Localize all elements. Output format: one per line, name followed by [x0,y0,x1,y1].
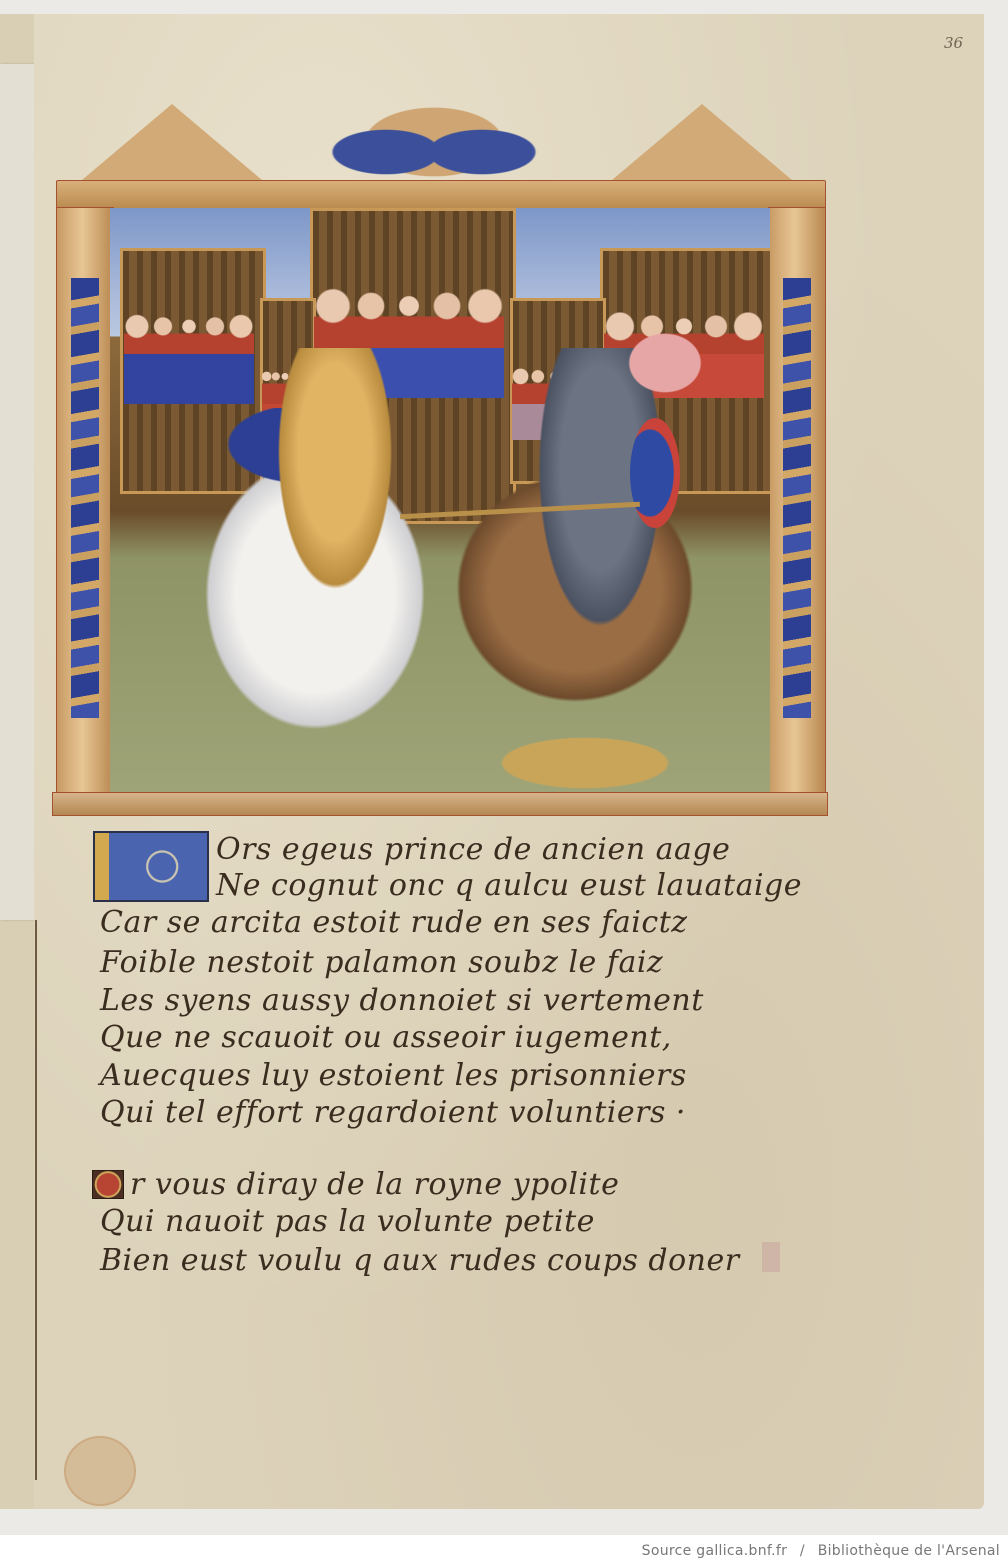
library-name: Bibliothèque de l'Arsenal [818,1543,1000,1559]
miniature-illustration [52,62,826,814]
verse-line-7: Auecques luy estoient les prisonniers [100,1058,687,1093]
right-column [768,207,826,797]
verse-line-10: Qui nauoit pas la volunte petite [100,1204,595,1239]
verse-line-2: Ne cognut onc q aulcu eust lauataige [216,868,802,903]
verse-line-1: Ors egeus prince de ancien aage [216,832,730,867]
right-pediment [612,104,792,180]
gutter-line [35,920,37,1480]
central-crest [314,82,554,182]
spectators-left [124,308,254,354]
illuminated-initial-o [92,1170,124,1199]
credit-separator: / [800,1543,805,1559]
joust-scene [110,208,770,792]
illuminated-initial-l [93,831,209,902]
frame-base [52,792,828,816]
spectators-center [314,278,504,348]
folio-number: 36 [944,34,963,52]
source-link[interactable]: Source gallica.bnf.fr [642,1543,788,1559]
gold-knight [270,348,400,608]
pink-plume [610,318,720,408]
verse-line-5: Les syens aussy donnoiet si vertement [100,983,704,1018]
blue-drapery-left [124,354,254,404]
frame-entablature [56,180,826,210]
verse-line-8: Qui tel effort regardoient voluntiers · [100,1095,686,1130]
footer-bar: Source gallica.bnf.fr / Bibliothèque de … [0,1535,1008,1567]
library-stamp [64,1436,136,1506]
verse-line-3: Car se arcita estoit rude en ses faictz [100,905,688,940]
image-viewer: 36 [0,0,1008,1535]
verse-line-4: Foible nestoit palamon soubz le faiz [100,945,663,980]
verse-line-11: Bien eust voulu q aux rudes coups doner [100,1243,740,1278]
left-column [56,207,114,797]
column-inlay [71,278,99,718]
margin-stain [762,1242,780,1272]
verse-line-9: r vous diray de la royne ypolite [130,1167,619,1202]
column-inlay [783,278,811,718]
shield [630,418,680,528]
verse-line-6: Que ne scauoit ou asseoir iugement, [100,1020,672,1055]
fallen-knight [470,728,700,792]
left-pediment [82,104,262,180]
source-credit: Source gallica.bnf.fr / Bibliothèque de … [642,1543,1000,1559]
